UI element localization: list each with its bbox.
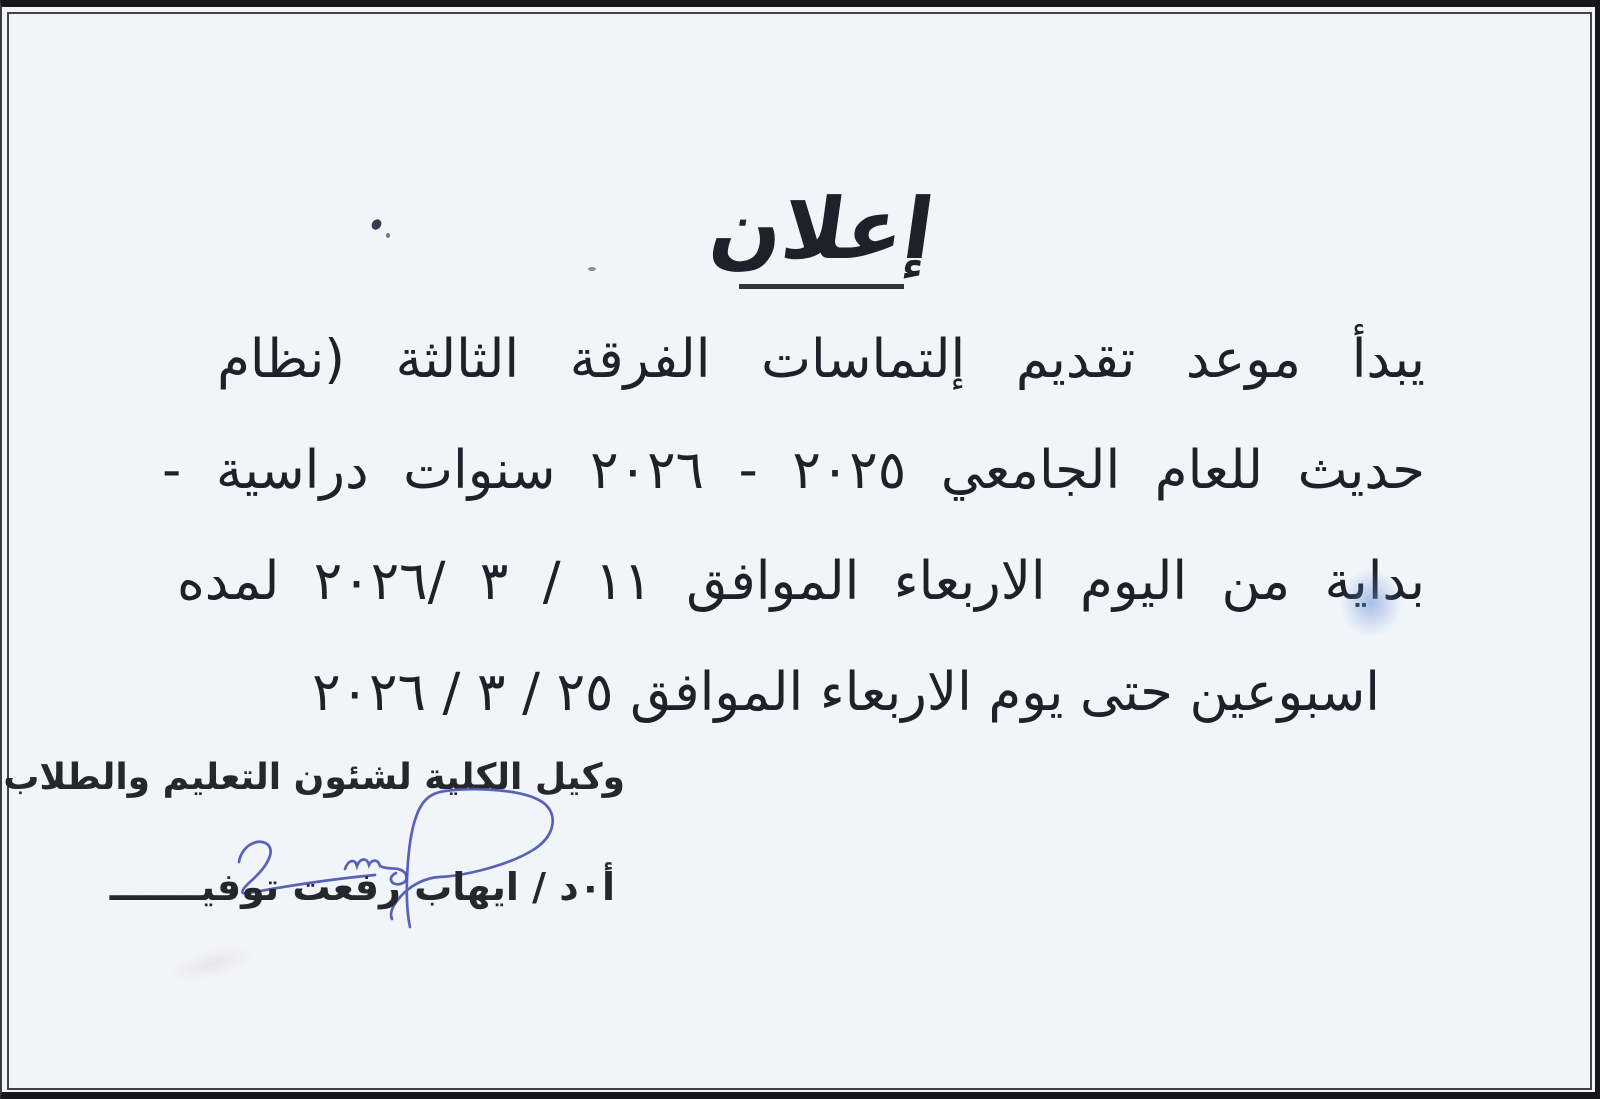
word: لمده — [177, 551, 279, 612]
word: الجامعي — [941, 440, 1120, 501]
faint-scan-smudge — [165, 938, 260, 990]
word: الاربعاء — [894, 551, 1046, 612]
announcement-line-1: يبدأموعدتقديمإلتماساتالفرقةالثالثة(نظام — [217, 329, 1425, 440]
word: دراسية — [216, 440, 369, 501]
word: للعام — [1155, 440, 1263, 501]
word: حتى — [1080, 662, 1173, 723]
word: تقديم — [1016, 329, 1135, 390]
announcement-line-3: بدايةمناليومالاربعاءالموافق١١/٣/٢٠٢٦لمده — [177, 551, 1425, 662]
title-underline — [739, 284, 904, 289]
word: موعد — [1186, 329, 1301, 390]
word: - — [162, 440, 181, 501]
word: الموافق — [630, 662, 803, 723]
word: ٣ — [477, 662, 505, 723]
word: الفرقة — [570, 329, 711, 390]
signatory-name: أ٠د / ايهاب رفعت توفيـــــــ — [110, 865, 615, 909]
word: سنوات — [403, 440, 555, 501]
word: الاربعاء — [820, 662, 972, 723]
word: حديث — [1298, 440, 1425, 501]
word: اسبوعين — [1190, 662, 1380, 723]
title-block: إعلان — [2, 179, 1595, 289]
word: الثالثة — [396, 329, 520, 390]
ink-speck — [386, 233, 390, 238]
word: ٢٥ — [557, 662, 614, 723]
word: / — [543, 551, 561, 612]
word: ٢٠٢٥ — [792, 440, 906, 501]
word: يوم — [988, 662, 1063, 723]
word: /٢٠٢٦ — [314, 551, 446, 612]
announcement-body: يبدأموعدتقديمإلتماساتالفرقةالثالثة(نظام … — [162, 329, 1425, 773]
word: بداية — [1325, 551, 1425, 612]
announcement-line-2: حديثللعامالجامعي٢٠٢٥-٢٠٢٦سنواتدراسية- — [162, 440, 1425, 551]
word: ٢٠٢٦ — [312, 662, 426, 723]
word: ١١ — [595, 551, 652, 612]
ink-speck — [588, 267, 596, 271]
scanned-announcement-document: إعلان يبدأموعدتقديمإلتماساتالفرقةالثالثة… — [0, 0, 1600, 1099]
word: يبدأ — [1352, 329, 1425, 390]
word: الموافق — [686, 551, 859, 612]
word: / — [522, 662, 540, 723]
word: (نظام — [217, 329, 345, 390]
word: ٢٠٢٦ — [590, 440, 704, 501]
handwritten-signature — [217, 787, 577, 937]
word: / — [443, 662, 461, 723]
word: من — [1221, 551, 1290, 612]
announcement-title: إعلان — [704, 179, 940, 280]
word: ٣ — [480, 551, 508, 612]
word: اليوم — [1080, 551, 1187, 612]
word: إلتماسات — [761, 329, 965, 390]
word: - — [739, 440, 758, 501]
